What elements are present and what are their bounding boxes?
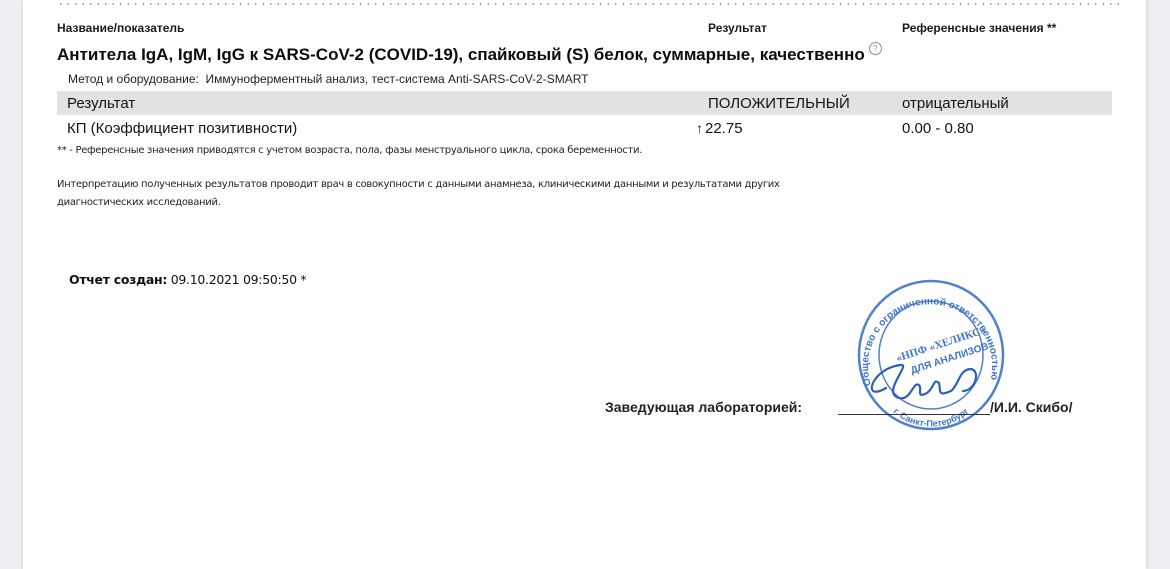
column-header-name: Название/показатель: [57, 21, 184, 35]
report-created: Отчет создан: 09.10.2021 09:50:50 *: [69, 272, 306, 287]
reference-footnote: ** - Референсные значения приводятся с у…: [57, 145, 642, 156]
row-kp-name: КП (Коэффициент позитивности): [67, 120, 297, 137]
column-header-reference: Референсные значения **: [902, 21, 1056, 35]
row-kp-reference: 0.00 - 0.80: [902, 120, 974, 137]
interpretation-line-2: диагностических исследований.: [57, 197, 221, 208]
test-title-text: Антитела IgA, IgM, IgG к SARS-CoV-2 (COV…: [57, 45, 865, 64]
test-title: Антитела IgA, IgM, IgG к SARS-CoV-2 (COV…: [57, 42, 882, 65]
row-result-reference: отрицательный: [902, 95, 1009, 112]
method-line: Метод и оборудование: Иммуноферментный а…: [68, 72, 588, 86]
arrow-up-icon: ↑: [696, 120, 703, 136]
dotted-separator: [57, 3, 1122, 5]
row-kp-value: ↑22.75: [696, 120, 743, 137]
signature-name: /И.И. Скибо/: [990, 399, 1073, 415]
signature-role: Заведующая лабораторией:: [605, 399, 802, 415]
row-result-name: Результат: [67, 95, 135, 112]
column-header-result: Результат: [708, 21, 767, 35]
interpretation-line-1: Интерпретацию полученных результатов про…: [57, 179, 780, 190]
method-value: Иммуноферментный анализ, тест-система An…: [206, 72, 589, 86]
report-created-value: 09.10.2021 09:50:50 *: [171, 272, 307, 287]
report-created-label: Отчет создан:: [69, 272, 167, 287]
signature-line: [838, 414, 990, 415]
report-page: Название/показатель Результат Референсны…: [23, 0, 1146, 569]
row-kp-value-text: 22.75: [705, 120, 743, 137]
method-label: Метод и оборудование:: [68, 72, 199, 86]
row-result-value: ПОЛОЖИТЕЛЬНЫЙ: [708, 95, 850, 112]
help-icon[interactable]: ?: [869, 42, 882, 55]
